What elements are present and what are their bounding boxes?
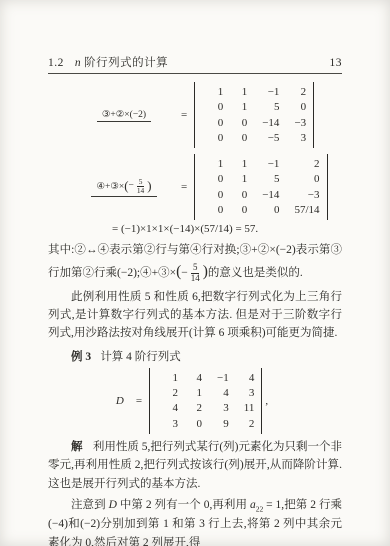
matrix-cell: 3 (154, 417, 178, 431)
matrix-cell: −1 (202, 371, 229, 385)
matrix-cell: 0 (223, 188, 247, 202)
matrix-cell: 0 (199, 188, 223, 202)
matrix-cell: 0 (223, 203, 247, 217)
matrix-cell: 9 (202, 417, 229, 431)
row-operation-label-1: ③+②×(−2) (74, 109, 174, 122)
determinant-D: 14−142143423113092 (149, 368, 262, 434)
determinant-D-matrix: 14−142143423113092 (149, 368, 262, 434)
section-heading: 1.2n阶行列式的计算 (48, 54, 168, 70)
matrix-cell: 2 (229, 417, 255, 431)
book-page: 1.2n阶行列式的计算 13 ③+②×(−2) = 11−12015000−14… (0, 0, 390, 546)
matrix-cell: 1 (178, 386, 202, 400)
fraction-5-14: 514 (189, 263, 202, 283)
matrix-cell: 4 (178, 371, 202, 385)
fraction-5-14: 514 (135, 178, 146, 195)
example-title: 计算 4 阶行列式 (100, 351, 181, 363)
matrix-cell: 1 (154, 371, 178, 385)
matrix-cell: −5 (247, 131, 279, 145)
matrix-cell: 4 (229, 371, 255, 385)
matrix-cell: 3 (229, 386, 255, 400)
solution-paragraph: 解利用性质 5,把行列式某行(列)元素化为只剩一个非零元,再利用性质 2,把行列… (48, 438, 342, 493)
matrix-cell: 0 (199, 203, 223, 217)
variable-D: D (109, 499, 117, 511)
matrix-cell: 0 (178, 417, 202, 431)
method-paragraph: 此例利用性质 5 和性质 6,把数字行列式化为上三角行列式,是计算数字行列式的基… (48, 288, 342, 343)
determinant-1-matrix: 11−12015000−14−300−53 (194, 82, 314, 148)
operation-prefix: ④+③× (96, 181, 124, 192)
punctuation: , (265, 395, 268, 407)
matrix-cell: 0 (199, 100, 223, 114)
matrix-cell: −3 (279, 188, 319, 202)
example-label: 例 3 (71, 351, 91, 363)
final-note-paragraph: 注意到 D 中第 2 列有一个 0,再利用 a22 = 1,把第 2 行乘(−4… (48, 496, 342, 546)
minus-sign: − (128, 181, 133, 191)
matrix-cell: 57/14 (279, 203, 319, 217)
running-head: 1.2n阶行列式的计算 13 (48, 54, 342, 74)
close-paren: ) (147, 179, 151, 194)
matrix-cell: 5 (247, 100, 279, 114)
equation-step-1: ③+②×(−2) = 11−12015000−14−300−53 (74, 82, 342, 148)
matrix-cell: −14 (247, 188, 279, 202)
matrix-cell: 1 (223, 157, 247, 171)
matrix-cell: 0 (247, 203, 279, 217)
matrix-cell: 2 (154, 386, 178, 400)
matrix-cell: 2 (279, 85, 306, 99)
result-line: = (−1)×1×1×(−14)×(57/14) = 57. (112, 223, 342, 235)
matrix-cell: 1 (223, 172, 247, 186)
matrix-cell: 11 (229, 401, 255, 415)
matrix-cell: 0 (199, 131, 223, 145)
example-heading: 例 3计算 4 阶行列式 (48, 348, 342, 364)
equals-sign: = (181, 109, 187, 121)
equals-sign: = (181, 181, 187, 193)
matrix-cell: −1 (247, 157, 279, 171)
matrix-cell: 0 (223, 131, 247, 145)
matrix-cell: 0 (223, 116, 247, 130)
matrix-cell: 4 (202, 386, 229, 400)
matrix-cell: 0 (199, 172, 223, 186)
matrix-cell: 1 (223, 85, 247, 99)
matrix-cell: −1 (247, 85, 279, 99)
matrix-cell: 0 (279, 100, 306, 114)
equals-sign: = (136, 395, 142, 407)
determinant-2-matrix: 11−12015000−14−300057/14 (194, 154, 327, 220)
matrix-cell: 1 (223, 100, 247, 114)
page-number: 13 (330, 57, 343, 69)
matrix-cell: 0 (279, 172, 319, 186)
matrix-cell: 2 (279, 157, 319, 171)
matrix-cell: 4 (154, 401, 178, 415)
matrix-cell: 1 (199, 157, 223, 171)
matrix-cell: 3 (202, 401, 229, 415)
section-title: 阶行列式的计算 (84, 57, 168, 69)
matrix-cell: −3 (279, 116, 306, 130)
matrix-cell: 2 (178, 401, 202, 415)
equation-D: D = 14−142143423113092 , (42, 368, 342, 434)
matrix-cell: 1 (199, 85, 223, 99)
notation-paragraph: 其中:②↔④表示第②行与第④行对换;③+②×(−2)表示第③行加第②行乘(−2)… (48, 241, 342, 284)
determinant-1: 11−12015000−14−300−53 (194, 82, 314, 148)
matrix-cell: 3 (279, 131, 306, 145)
matrix-cell: 5 (247, 172, 279, 186)
row-operation-label-2: ④+③×(−514) (74, 178, 174, 197)
section-title-variable: n (75, 57, 81, 69)
determinant-2: 11−12015000−14−300057/14 (194, 154, 327, 220)
variable-D: D (116, 395, 124, 407)
matrix-cell: −14 (247, 116, 279, 130)
matrix-cell: 0 (199, 116, 223, 130)
minus-sign: − (181, 267, 188, 279)
section-number: 1.2 (48, 57, 64, 69)
equation-step-2: ④+③×(−514) = 11−12015000−14−300057/14 (74, 154, 342, 220)
solution-label: 解 (71, 441, 83, 453)
